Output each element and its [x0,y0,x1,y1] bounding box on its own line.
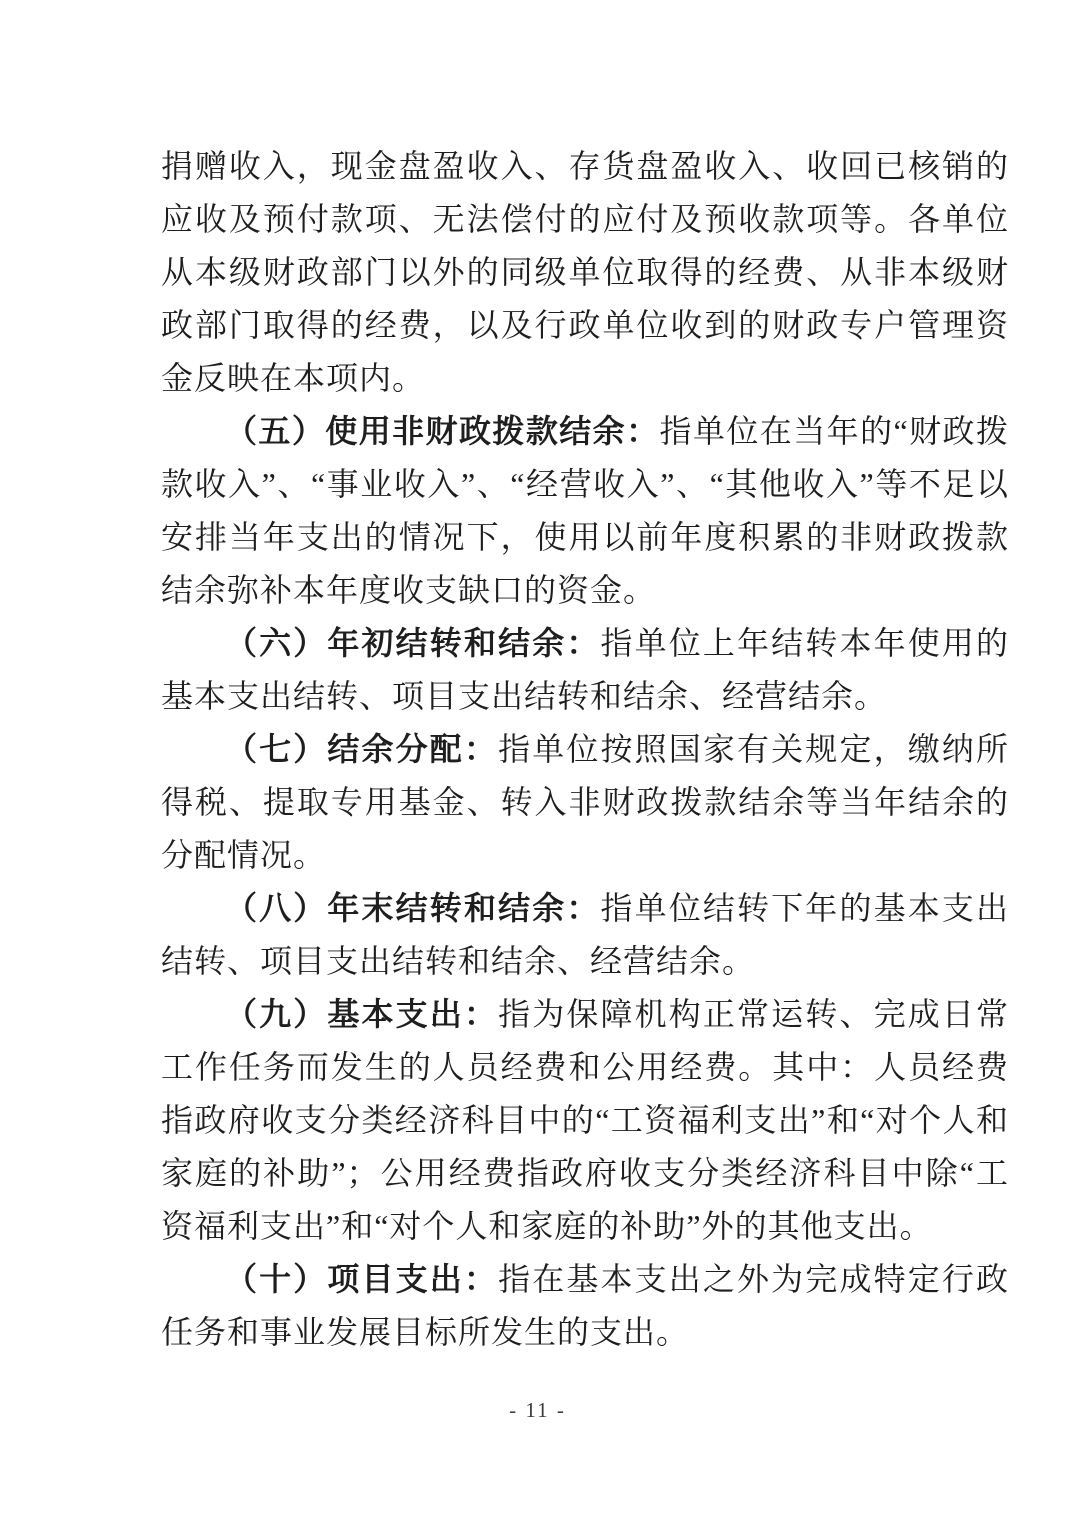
paragraph: （七）结余分配：指单位按照国家有关规定，缴纳所得税、提取专用基金、转入非财政拨款… [161,723,1009,882]
paragraph-heading: （七）结余分配： [225,731,498,767]
document-body: 捐赠收入，现金盘盈收入、存货盘盈收入、收回已核销的应收及预付款项、无法偿付的应付… [161,140,1009,1359]
paragraph: （八）年末结转和结余：指单位结转下年的基本支出结转、项目支出结转和结余、经营结余… [161,882,1009,988]
paragraph-text: 指为保障机构正常运转、完成日常工作任务而发生的人员经费和公用经费。其中：人员经费… [161,996,1009,1244]
paragraph: （九）基本支出：指为保障机构正常运转、完成日常工作任务而发生的人员经费和公用经费… [161,988,1009,1253]
paragraph: （五）使用非财政拨款结余：指单位在当年的“财政拨款收入”、“事业收入”、“经营收… [161,405,1009,617]
page-number: - 11 - [0,1398,1075,1423]
paragraph-heading: （八）年末结转和结余： [225,890,601,926]
paragraph-heading: （十）项目支出： [225,1261,498,1297]
paragraph-text: 捐赠收入，现金盘盈收入、存货盘盈收入、收回已核销的应收及预付款项、无法偿付的应付… [161,148,1009,396]
paragraph-heading: （九）基本支出： [225,996,498,1032]
paragraph-heading: （六）年初结转和结余： [225,625,601,661]
paragraph-heading: （五）使用非财政拨款结余： [225,413,660,449]
paragraph: （六）年初结转和结余：指单位上年结转本年使用的基本支出结转、项目支出结转和结余、… [161,617,1009,723]
paragraph: （十）项目支出：指在基本支出之外为完成特定行政任务和事业发展目标所发生的支出。 [161,1253,1009,1359]
document-page: 捐赠收入，现金盘盈收入、存货盘盈收入、收回已核销的应收及预付款项、无法偿付的应付… [0,0,1075,1520]
paragraph: 捐赠收入，现金盘盈收入、存货盘盈收入、收回已核销的应收及预付款项、无法偿付的应付… [161,140,1009,405]
